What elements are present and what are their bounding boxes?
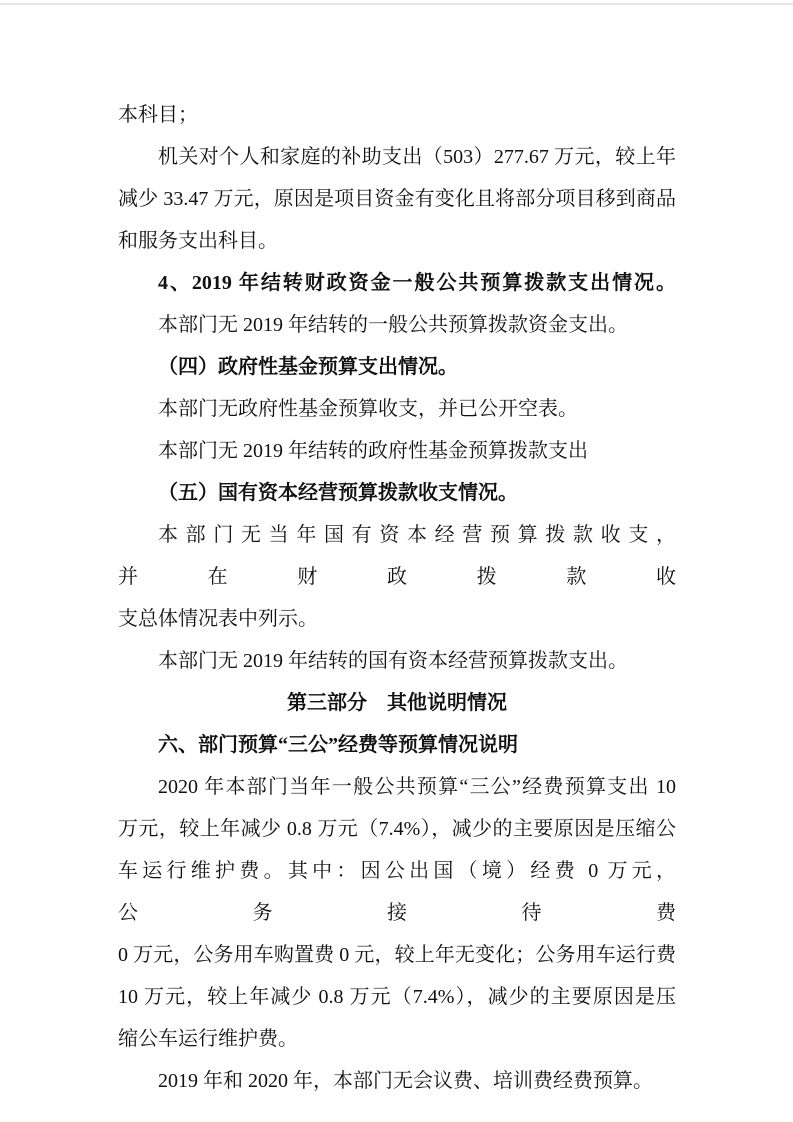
heading-line: 六、部门预算“三公”经费等预算情况说明 <box>118 724 676 766</box>
numbered-heading: 六、部门预算“三公”经费等预算情况说明 <box>118 724 676 766</box>
text-line: 2020 年本部门当年一般公共预算“三公”经费预算支出 10 <box>118 766 676 808</box>
text-line: 缩公车运行维护费。 <box>118 1018 676 1060</box>
text-line: 万元，较上年减少 0.8 万元（7.4%），减少的主要原因是压缩公 <box>118 808 676 850</box>
part-title: 第三部分 其他说明情况 <box>118 682 676 724</box>
document-body: 本科目； 机关对个人和家庭的补助支出（503）277.67 万元，较上年 减少 … <box>118 94 676 1102</box>
part-title-line: 第三部分 其他说明情况 <box>118 682 676 724</box>
text-line: 本部门无 2019 年结转的政府性基金预算拨款支出 <box>118 430 676 472</box>
heading-line: （四）政府性基金预算支出情况。 <box>118 346 676 388</box>
text-line: 本部门无 2019 年结转的国有资本经营预算拨款支出。 <box>118 640 676 682</box>
text-line: 本部门无政府性基金预算收支，并已公开空表。 <box>118 388 676 430</box>
paragraph: 本部门无 2019 年结转的一般公共预算拨款资金支出。 <box>118 304 676 346</box>
paragraph: 本部门无 2019 年结转的政府性基金预算拨款支出 <box>118 430 676 472</box>
text-line: 0 万元，公务用车购置费 0 元，较上年无变化；公务用车运行费 <box>118 934 676 976</box>
heading-line: 4、2019 年结转财政资金一般公共预算拨款支出情况。 <box>118 262 676 304</box>
paragraph: 2020 年本部门当年一般公共预算“三公”经费预算支出 10 万元，较上年减少 … <box>118 766 676 1060</box>
text-line: 本科目； <box>118 94 676 136</box>
text-line: 本部门无当年国有资本经营预算拨款收支，并在财政拨款收 <box>118 514 676 598</box>
text-line: 支总体情况表中列示。 <box>118 598 676 640</box>
text-line: 减少 33.47 万元，原因是项目资金有变化且将部分项目移到商品 <box>118 178 676 220</box>
paragraph: 2019 年和 2020 年，本部门无会议费、培训费经费预算。 <box>118 1060 676 1102</box>
numbered-heading: 4、2019 年结转财政资金一般公共预算拨款支出情况。 <box>118 262 676 304</box>
heading-line: （五）国有资本经营预算拨款收支情况。 <box>118 472 676 514</box>
text-line: 和服务支出科目。 <box>118 220 676 262</box>
text-line: 机关对个人和家庭的补助支出（503）277.67 万元，较上年 <box>118 136 676 178</box>
paragraph: 机关对个人和家庭的补助支出（503）277.67 万元，较上年 减少 33.47… <box>118 136 676 262</box>
paragraph: 本部门无 2019 年结转的国有资本经营预算拨款支出。 <box>118 640 676 682</box>
document-page: 本科目； 机关对个人和家庭的补助支出（503）277.67 万元，较上年 减少 … <box>0 0 793 1122</box>
paragraph: 本部门无政府性基金预算收支，并已公开空表。 <box>118 388 676 430</box>
paragraph: 本部门无当年国有资本经营预算拨款收支，并在财政拨款收 支总体情况表中列示。 <box>118 514 676 640</box>
text-line: 10 万元，较上年减少 0.8 万元（7.4%），减少的主要原因是压 <box>118 976 676 1018</box>
paragraph-continuation: 本科目； <box>118 94 676 136</box>
text-line: 2019 年和 2020 年，本部门无会议费、培训费经费预算。 <box>118 1060 676 1102</box>
page-edge-line <box>0 3 793 5</box>
text-line: 车运行维护费。其中：因公出国（境）经费 0 万元，公务接待费 <box>118 850 676 934</box>
text-line: 本部门无 2019 年结转的一般公共预算拨款资金支出。 <box>118 304 676 346</box>
numbered-heading: （四）政府性基金预算支出情况。 <box>118 346 676 388</box>
numbered-heading: （五）国有资本经营预算拨款收支情况。 <box>118 472 676 514</box>
